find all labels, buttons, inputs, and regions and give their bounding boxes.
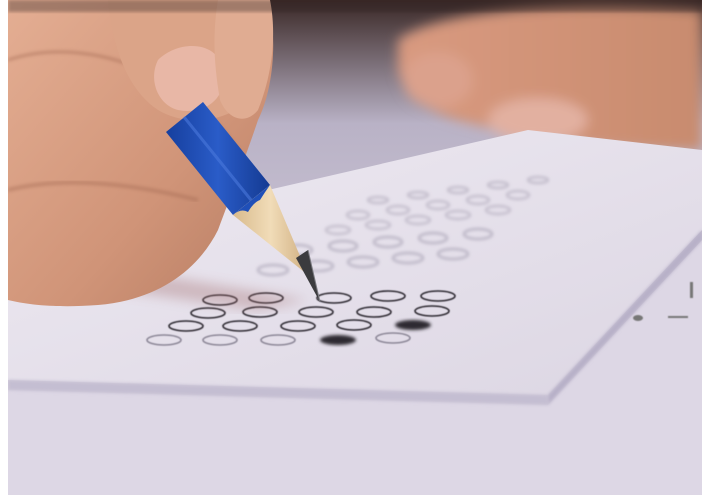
answer-sheet-photo: Close-up photograph of a hand holding a … [8,0,702,495]
